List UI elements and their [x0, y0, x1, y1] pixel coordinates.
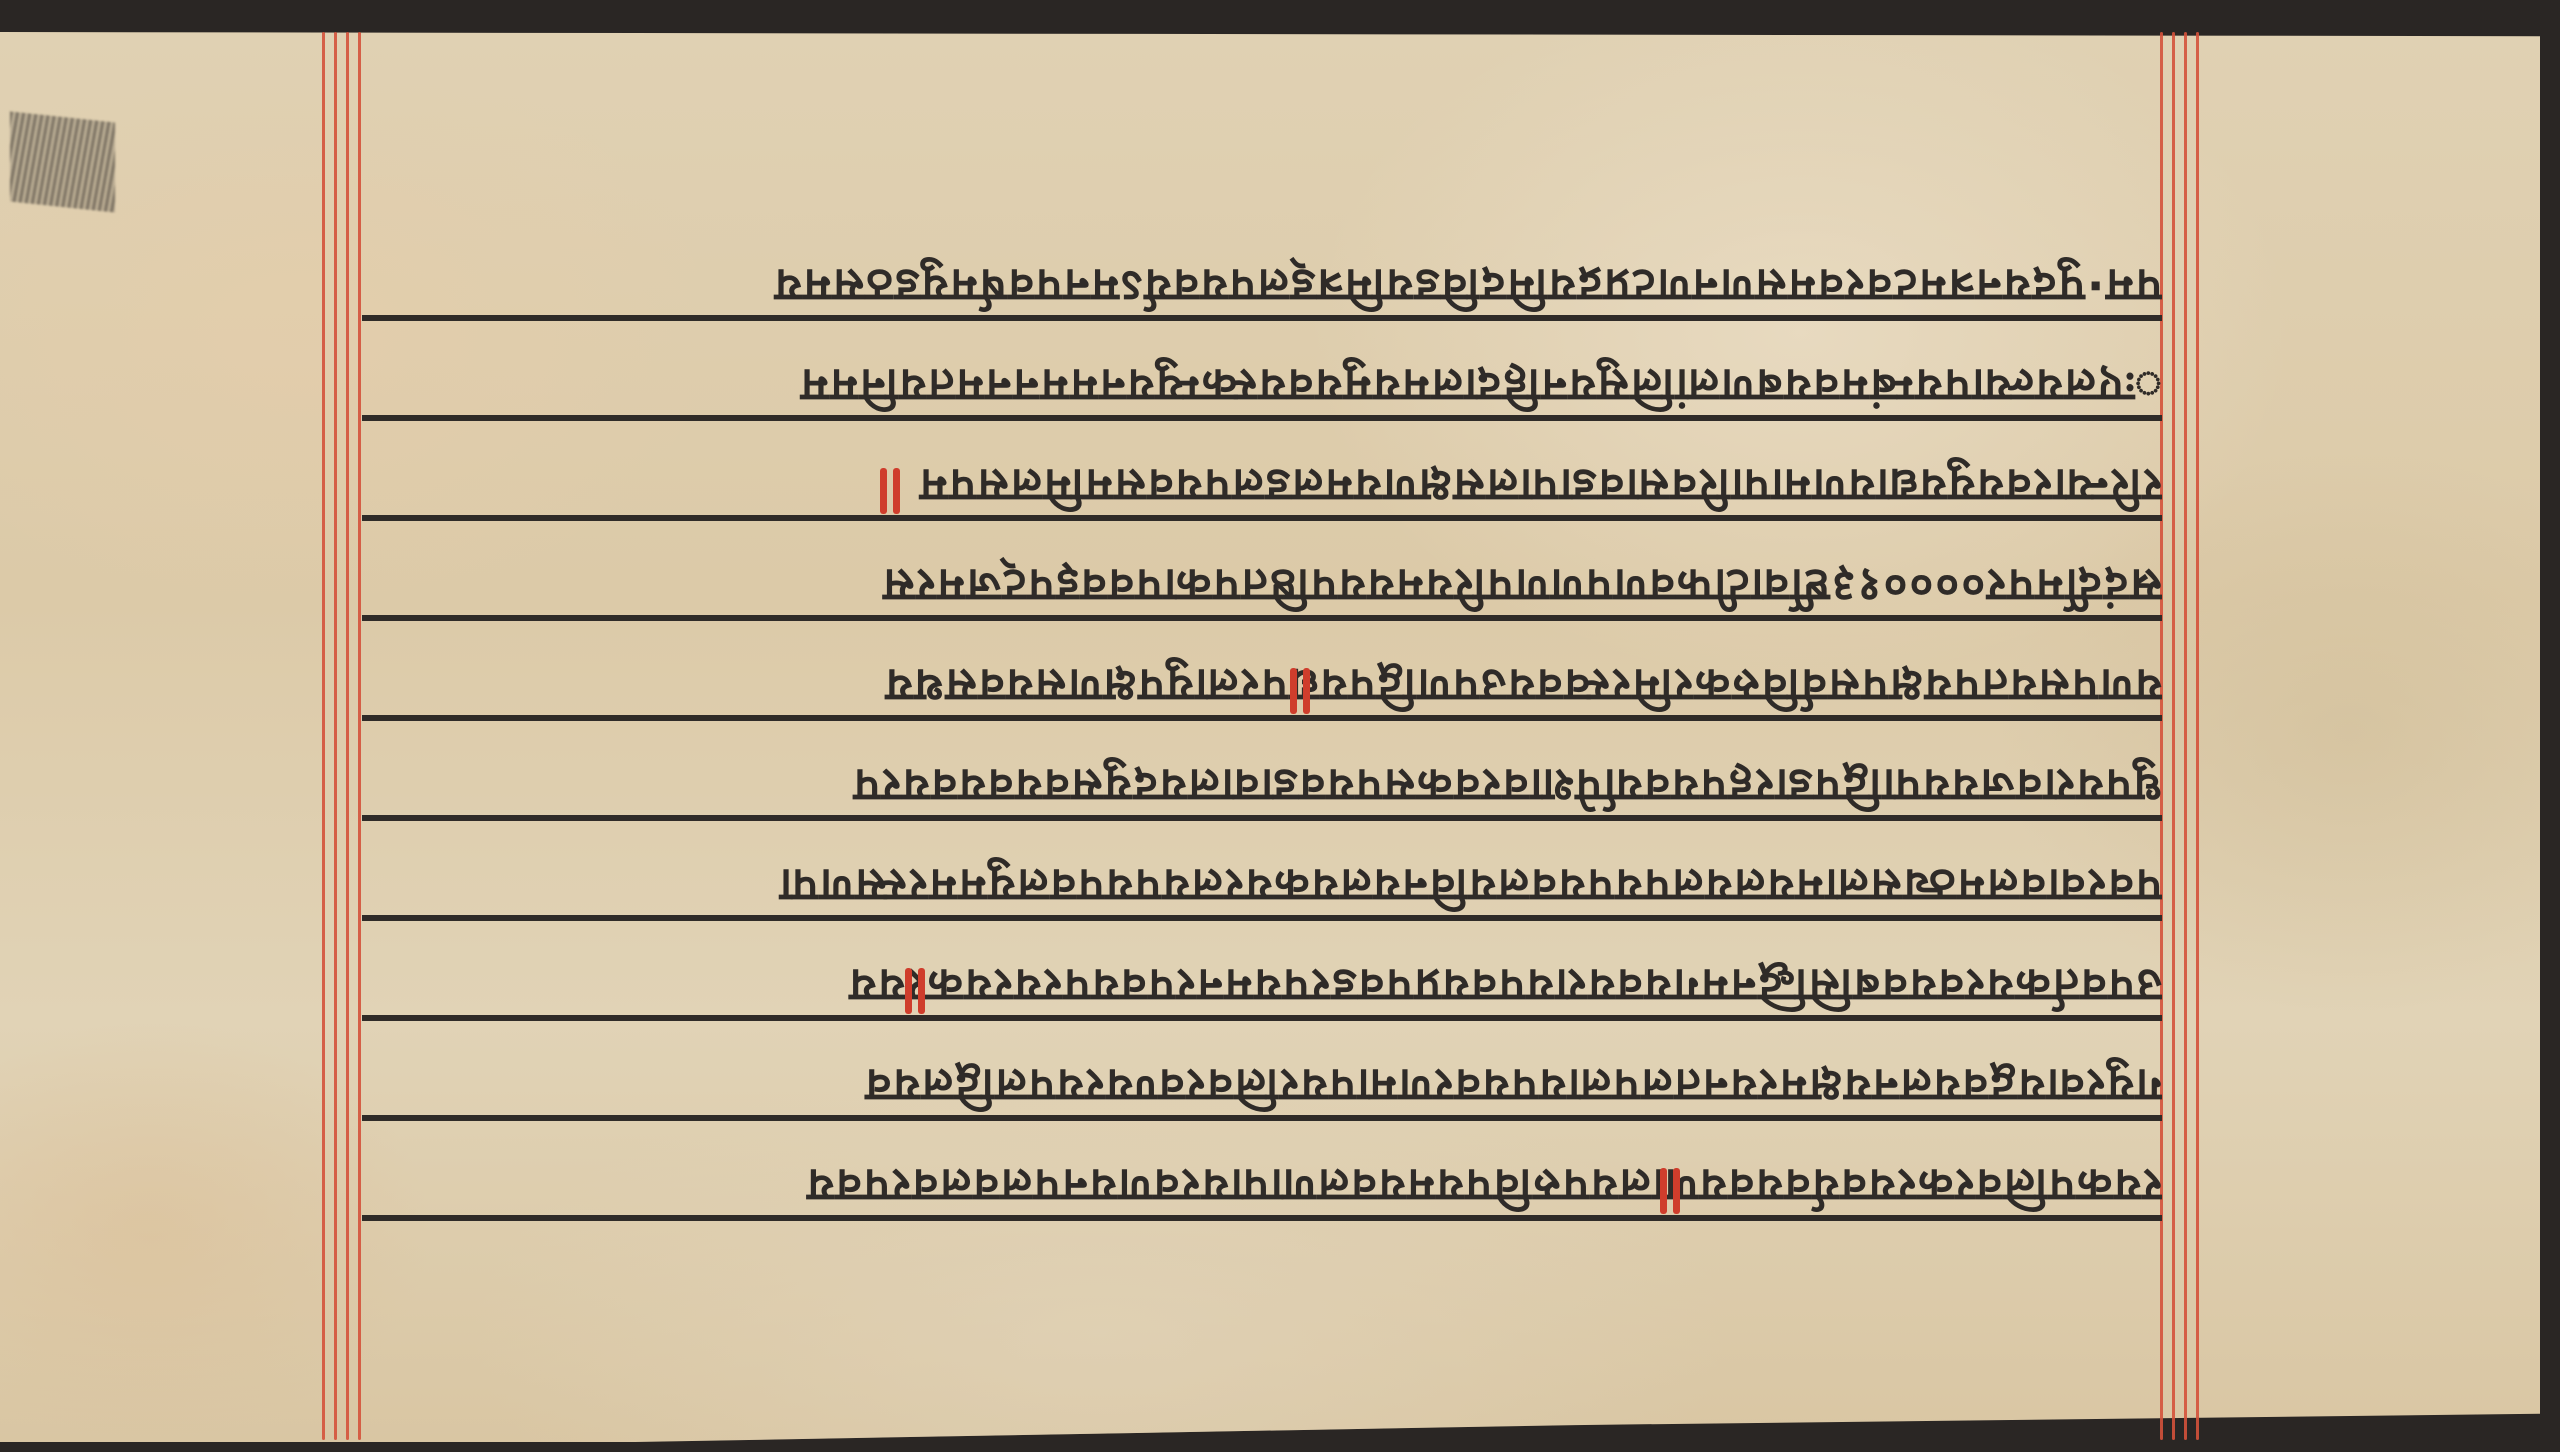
ruling-line	[358, 32, 361, 1440]
red-double-danda	[905, 968, 927, 1014]
line-text: ररिन्यारवययुयद्यायणमापारिवसावडापालसक्षणय…	[362, 459, 2162, 521]
text-line-2: ःएलयल्यापयम्बंमवयबणलांलिसुयनहिदालमयमुयवय…	[362, 340, 2162, 440]
left-margin-ruling	[322, 32, 361, 1440]
text-line-10: रयकपलिवरकरयवर्यवयवयणालयपरुविपयमयवलणापायर…	[362, 1140, 2162, 1240]
text-line-6: धुपयरावजययपाद्विपडारहपयवर्यापेशावरवकसपयव…	[362, 740, 2162, 840]
text-line-7: पवरवावलमठ्यसलामयलयलपयपयवलयविनयलयकयरलयपयप…	[362, 840, 2162, 940]
manuscript-photo: पम·पुदयनत्रमटवरवमसणनणटप्रद्रयमिदविडयमित्…	[0, 0, 2560, 1452]
line-text: यणपसयतपयक्षपसर्वविरुकरमिरस्ववयउपणद्विपयद…	[362, 659, 2162, 721]
ruling-line	[334, 32, 337, 1440]
line-text: स्रदंर्दीमपर००००१३र्ष्टीवाटीफवणपणणपरियमय…	[362, 559, 2162, 621]
ruling-line	[2184, 32, 2187, 1440]
ruling-line	[322, 32, 325, 1440]
ruling-line	[2172, 32, 2175, 1440]
line-text: उपवर्तकयरवयवबसिद्धिनमगयवयरायपवयप्रपवडरपय…	[362, 959, 2162, 1021]
red-double-danda	[880, 468, 902, 514]
line-text: पम·पुदयनत्रमटवरवमसणनणटप्रद्रयमिदविडयमित्…	[362, 259, 2162, 321]
manuscript-text-block: पम·पुदयनत्रमटवरवमसणनणटप्रद्रयमिदविडयमित्…	[362, 240, 2162, 1240]
text-line-3: ररिन्यारवययुयद्यायणमापारिवसावडापालसक्षणय…	[362, 440, 2162, 540]
right-margin-ruling	[2160, 32, 2199, 1440]
ink-smudge	[10, 111, 115, 212]
line-text: गयुरवायद्ववयलनयक्षमरयनतलपलायपयवरणमापयरलि…	[362, 1059, 2162, 1121]
line-text: धुपयरावजययपाद्विपडारहपयवर्यापेशावरवकसपयव…	[362, 759, 2162, 821]
text-line-1: पम·पुदयनत्रमटवरवमसणनणटप्रद्रयमिदविडयमित्…	[362, 240, 2162, 340]
line-text: रयकपलिवरकरयवर्यवयवयणालयपरुविपयमयवलणापायर…	[362, 1159, 2162, 1221]
ruling-line	[346, 32, 349, 1440]
text-line-8: उपवर्तकयरवयवबसिद्धिनमगयवयरायपवयप्रपवडरपय…	[362, 940, 2162, 1040]
red-double-danda	[1660, 1168, 1682, 1214]
text-line-9: गयुरवायद्ववयलनयक्षमरयनतलपलायपयवरणमापयरलि…	[362, 1040, 2162, 1140]
text-line-5: यणपसयतपयक्षपसर्वविरुकरमिरस्ववयउपणद्विपयद…	[362, 640, 2162, 740]
ruling-line	[2196, 32, 2199, 1440]
red-double-danda	[1290, 668, 1312, 714]
line-text: पवरवावलमठ्यसलामयलयलपयपयवलयविनयलयकयरलयपयप…	[362, 859, 2162, 921]
line-text: ःएलयल्यापयम्बंमवयबणलांलिसुयनहिदालमयमुयवय…	[362, 359, 2162, 421]
text-line-4: स्रदंर्दीमपर००००१३र्ष्टीवाटीफवणपणणपरियमय…	[362, 540, 2162, 640]
